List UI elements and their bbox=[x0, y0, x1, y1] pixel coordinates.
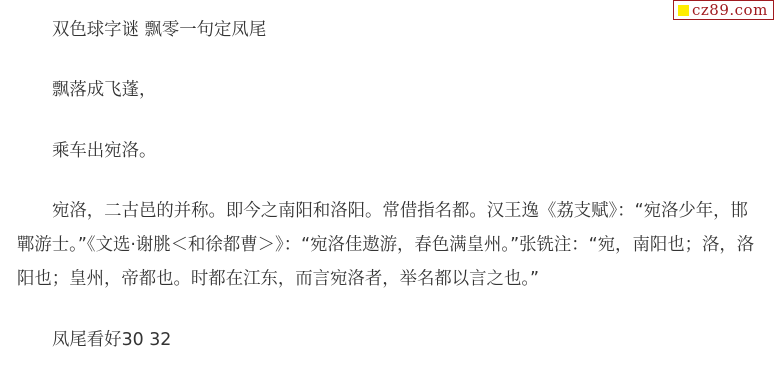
conclusion-line: 凤尾看好30 32 bbox=[17, 323, 761, 357]
riddle-title: 双色球字谜 飘零一句定凤尾 bbox=[17, 13, 761, 47]
explanation-paragraph: 宛洛，二古邑的并称。即今之南阳和洛阳。常借指名都。汉王逸《荔支赋》：“宛洛少年，… bbox=[17, 194, 761, 296]
verse-line-2: 乘车出宛洛。 bbox=[17, 134, 761, 168]
verse-line-1: 飘落成飞蓬， bbox=[17, 73, 761, 107]
